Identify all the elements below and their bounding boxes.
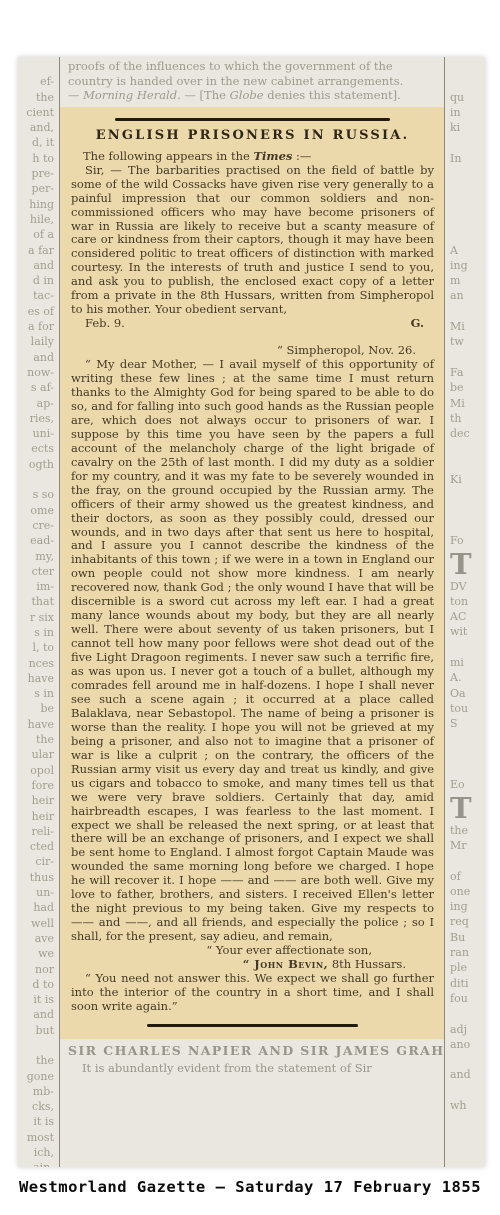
left-adjacent-column: ef-thecientand,d, ith topre-per-hinghile… xyxy=(18,57,60,1167)
column-fragment: had xyxy=(18,900,54,915)
column-fragment xyxy=(450,197,485,212)
column-fragment: of a xyxy=(18,227,54,242)
column-fragment: cir- xyxy=(18,854,54,869)
column-fragment xyxy=(18,472,54,487)
column-fragment: th xyxy=(450,411,485,426)
column-fragment xyxy=(450,227,485,242)
column-fragment: DV xyxy=(450,579,485,594)
column-fragment xyxy=(450,1052,485,1067)
column-fragment: dec xyxy=(450,426,485,441)
column-fragment: per- xyxy=(18,181,54,196)
column-fragment: mi xyxy=(450,655,485,670)
column-fragment: Mr xyxy=(450,838,485,853)
column-fragment: wit xyxy=(450,624,485,639)
column-fragment xyxy=(18,1038,54,1053)
column-fragment: one xyxy=(450,884,485,899)
column-fragment xyxy=(18,59,54,74)
attribution-text: — [The xyxy=(181,88,230,102)
column-fragment: cted xyxy=(18,839,54,854)
column-fragment: l, to xyxy=(18,640,54,655)
column-fragment: nces xyxy=(18,656,54,671)
column-fragment: and xyxy=(450,1067,485,1082)
column-fragment: nor xyxy=(18,962,54,977)
column-fragment xyxy=(450,74,485,89)
column-fragment: and, xyxy=(18,120,54,135)
column-fragment: heir xyxy=(18,809,54,824)
column-fragment: the xyxy=(18,90,54,105)
attribution-text: denies this statement]. xyxy=(264,88,401,102)
column-fragment: ular xyxy=(18,747,54,762)
column-fragment: the xyxy=(18,1053,54,1068)
column-fragment: but xyxy=(18,1023,54,1038)
column-fragment: a far xyxy=(18,243,54,258)
column-fragment: im- xyxy=(18,579,54,594)
column-fragment: ple xyxy=(450,960,485,975)
column-fragment: pre- xyxy=(18,166,54,181)
main-column: proofs of the influences to which the go… xyxy=(60,57,444,1167)
column-fragment: Fa xyxy=(450,365,485,380)
previous-article-line: — Morning Herald. — [The Globe denies th… xyxy=(68,88,436,103)
previous-article-line: proofs of the influences to which the go… xyxy=(68,59,436,74)
signatory-regiment: 8th Hussars. xyxy=(328,957,406,971)
column-fragment: A. xyxy=(450,670,485,685)
column-fragment: my, xyxy=(18,549,54,564)
column-fragment: ton xyxy=(450,594,485,609)
column-fragment: fou xyxy=(450,991,485,1006)
column-fragment: reli- xyxy=(18,824,54,839)
next-article-headline: SIR CHARLES NAPIER AND SIR JAMES GRAHAM. xyxy=(68,1044,436,1059)
column-fragment: s in xyxy=(18,625,54,640)
letter-postscript: “ You need not answer this. We expect we… xyxy=(71,972,434,1014)
letter-signature: “ John Bevin, 8th Hussars. xyxy=(71,958,434,972)
letter-introduction-paragraph: Sir, — The barbarities practised on the … xyxy=(71,164,434,317)
column-fragment: s so xyxy=(18,487,54,502)
newspaper-scan: ef-thecientand,d, ith topre-per-hinghile… xyxy=(18,57,485,1167)
column-fragment: ano xyxy=(450,1037,485,1052)
column-fragment xyxy=(450,59,485,74)
column-fragment xyxy=(450,503,485,518)
date-signature-row: Feb. 9. G. xyxy=(71,317,434,331)
article-bottom-rule xyxy=(147,1024,358,1027)
column-fragment: diti xyxy=(450,976,485,991)
column-fragment: cient xyxy=(18,105,54,120)
column-fragment xyxy=(450,853,485,868)
column-fragment: mb- xyxy=(18,1084,54,1099)
next-article-fragment: SIR CHARLES NAPIER AND SIR JAMES GRAHAM.… xyxy=(60,1039,444,1076)
column-fragment xyxy=(450,212,485,227)
right-adjacent-column: quinkiInAingmanMitwFabeMithdecKiFoTDVton… xyxy=(444,57,485,1167)
column-fragment: In xyxy=(450,151,485,166)
column-fragment xyxy=(450,747,485,762)
column-fragment: ogth xyxy=(18,457,54,472)
column-fragment: we xyxy=(18,946,54,961)
column-fragment: Mi xyxy=(450,396,485,411)
letter-date: Feb. 9. xyxy=(85,317,125,331)
previous-article-line: country is handed over in the new cabine… xyxy=(68,74,436,89)
column-fragment xyxy=(450,441,485,456)
column-fragment xyxy=(450,1083,485,1098)
column-fragment: it is xyxy=(18,1114,54,1129)
column-fragment: cks, xyxy=(18,1099,54,1114)
column-fragment: ich, xyxy=(18,1145,54,1160)
column-fragment: ects xyxy=(18,441,54,456)
column-fragment xyxy=(450,518,485,533)
column-fragment: d, it xyxy=(18,135,54,150)
column-fragment xyxy=(450,135,485,150)
letter-valediction: “ Your ever affectionate son, xyxy=(71,944,434,958)
article-intro: The following appears in the Times :— xyxy=(71,150,434,164)
column-fragment: r six xyxy=(18,610,54,625)
column-fragment: es of xyxy=(18,304,54,319)
column-fragment: ing xyxy=(450,258,485,273)
column-fragment: ing xyxy=(450,899,485,914)
page: ef-thecientand,d, ith topre-per-hinghile… xyxy=(0,0,500,1215)
column-fragment xyxy=(450,457,485,472)
column-fragment: cter xyxy=(18,564,54,579)
column-fragment: laily xyxy=(18,334,54,349)
column-fragment: adj xyxy=(450,1022,485,1037)
intro-text: :— xyxy=(292,149,311,163)
column-fragment: ap- xyxy=(18,396,54,411)
column-fragment: ome xyxy=(18,503,54,518)
column-fragment: s af- xyxy=(18,380,54,395)
column-fragment: opol xyxy=(18,763,54,778)
column-fragment xyxy=(450,762,485,777)
column-fragment: that xyxy=(18,594,54,609)
column-fragment: most xyxy=(18,1130,54,1145)
column-fragment: req xyxy=(450,914,485,929)
column-fragment: h to xyxy=(18,151,54,166)
column-fragment: now- xyxy=(18,365,54,380)
column-fragment: Oa xyxy=(450,686,485,701)
column-fragment: qu xyxy=(450,90,485,105)
attribution-dash: — xyxy=(68,88,83,102)
letter-body-paragraph: “ My dear Mother, — I avail myself of th… xyxy=(71,358,434,944)
column-fragment: wh xyxy=(450,1098,485,1113)
column-fragment: T xyxy=(450,549,485,579)
column-fragment: ain- xyxy=(18,1160,54,1167)
intro-source-name: Times xyxy=(253,149,292,163)
column-fragment: in xyxy=(450,105,485,120)
column-fragment: cre- xyxy=(18,518,54,533)
article-headline: ENGLISH PRISONERS IN RUSSIA. xyxy=(71,129,434,143)
column-fragment: Ki xyxy=(450,472,485,487)
column-fragment: be xyxy=(18,701,54,716)
column-fragment: and xyxy=(18,1007,54,1022)
column-fragment: ki xyxy=(450,120,485,135)
column-fragment: ef- xyxy=(18,74,54,89)
column-fragment: d to xyxy=(18,977,54,992)
article-clipping: ENGLISH PRISONERS IN RUSSIA. The followi… xyxy=(60,107,444,1039)
column-fragment: a for xyxy=(18,319,54,334)
column-fragment: have xyxy=(18,717,54,732)
column-fragment: hing xyxy=(18,197,54,212)
column-fragment: heir xyxy=(18,793,54,808)
column-fragment: T xyxy=(450,793,485,823)
column-fragment: the xyxy=(450,823,485,838)
column-fragment: s in xyxy=(18,686,54,701)
column-fragment xyxy=(450,181,485,196)
column-fragment: an xyxy=(450,288,485,303)
intro-text: The following appears in the xyxy=(83,149,253,163)
column-fragment: tac- xyxy=(18,288,54,303)
column-fragment: gone xyxy=(18,1069,54,1084)
column-fragment: Mi xyxy=(450,319,485,334)
article-top-rule xyxy=(115,118,391,121)
column-fragment: and xyxy=(18,350,54,365)
column-fragment: be xyxy=(450,380,485,395)
column-fragment: the xyxy=(18,732,54,747)
column-fragment: uni- xyxy=(18,426,54,441)
correspondent-initial: G. xyxy=(411,317,424,331)
column-fragment: S xyxy=(450,716,485,731)
column-fragment: hile, xyxy=(18,212,54,227)
column-fragment: Bu xyxy=(450,930,485,945)
column-fragment: fore xyxy=(18,778,54,793)
column-fragment: thus xyxy=(18,870,54,885)
column-fragment: ave xyxy=(18,931,54,946)
column-fragment: of xyxy=(450,869,485,884)
column-fragment: and xyxy=(18,258,54,273)
column-fragment xyxy=(450,731,485,746)
attribution-source: Globe xyxy=(230,88,264,102)
attribution-source: Morning Herald. xyxy=(83,88,181,102)
column-fragment xyxy=(450,640,485,655)
column-fragment: tou xyxy=(450,701,485,716)
column-fragment: ran xyxy=(450,945,485,960)
column-fragment xyxy=(450,350,485,365)
column-fragment: d in xyxy=(18,273,54,288)
column-fragment xyxy=(450,166,485,181)
source-caption: Westmorland Gazette – Saturday 17 Februa… xyxy=(0,1178,500,1196)
column-fragment: it is xyxy=(18,992,54,1007)
column-fragment: AC xyxy=(450,609,485,624)
letter-place-dateline: “ Simpheropol, Nov. 26. xyxy=(71,344,434,358)
next-article-first-line: It is abundantly evident from the statem… xyxy=(68,1061,436,1076)
column-fragment: m xyxy=(450,273,485,288)
signatory-name: “ John Bevin, xyxy=(243,957,329,971)
column-fragment: tw xyxy=(450,334,485,349)
column-fragment xyxy=(450,304,485,319)
column-fragment: un- xyxy=(18,885,54,900)
column-fragment: well xyxy=(18,916,54,931)
column-fragment: ead- xyxy=(18,533,54,548)
column-fragment: ries, xyxy=(18,411,54,426)
column-fragment xyxy=(450,487,485,502)
column-fragment: have xyxy=(18,671,54,686)
column-fragment: A xyxy=(450,243,485,258)
column-fragment xyxy=(450,1006,485,1021)
previous-article-fragment: proofs of the influences to which the go… xyxy=(60,57,444,103)
